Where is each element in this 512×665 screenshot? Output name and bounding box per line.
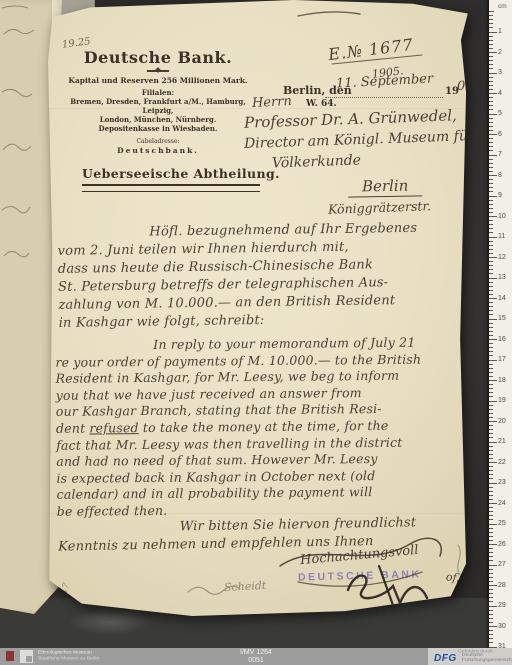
ruler-tick <box>489 503 497 504</box>
ruler-tick <box>489 19 493 20</box>
ruler-tick <box>489 618 493 619</box>
body-paragraph-german: Höfl. bezugnehmend auf Ihr Ergebenesvom … <box>57 219 464 333</box>
object-id: I/MV 1264 <box>216 649 296 657</box>
ruler-number: 20 <box>498 418 510 425</box>
ruler-tick <box>489 249 493 250</box>
ruler-tick <box>489 335 493 336</box>
body-paragraph-english: In reply to your memorandum of July 21re… <box>55 334 469 520</box>
ruler-tick <box>489 155 497 156</box>
ruler-number: 21 <box>498 438 510 445</box>
ruler-tick <box>489 528 493 529</box>
ruler-tick <box>489 524 497 525</box>
ruler-tick <box>489 282 493 283</box>
ruler-tick <box>489 532 493 533</box>
ruler-tick <box>489 89 493 90</box>
ruler-tick <box>489 191 493 192</box>
ruler-tick <box>489 200 493 201</box>
ruler-tick <box>489 360 497 361</box>
recipient-salutation: Herrn <box>252 94 293 111</box>
ruler-number: 24 <box>498 500 510 507</box>
ruler-tick <box>489 228 493 229</box>
ruler-tick <box>489 585 497 586</box>
ruler-tick <box>489 105 493 106</box>
bank-name: Deutsche Bank. <box>56 48 260 67</box>
funder-credit: Gefördert durch DFG Deutsche Forschungsg… <box>428 648 512 665</box>
letter-paper: 19.25 Deutsche Bank. Kapital und Reserve… <box>48 0 472 616</box>
ruler-tick <box>489 347 493 348</box>
ruler-number: 9 <box>498 192 510 199</box>
ruler-number: 30 <box>498 623 510 630</box>
ruler-tick <box>489 466 493 467</box>
ruler-tick <box>489 60 493 61</box>
museum-credit: Ethnologisches Museum Staatliche Museen … <box>38 650 150 662</box>
ruler-tick <box>489 388 493 389</box>
ruler-tick <box>489 474 493 475</box>
ruler-tick <box>489 302 493 303</box>
ruler-number: 18 <box>498 377 510 384</box>
ruler-tick <box>489 245 493 246</box>
ruler-tick <box>489 232 493 233</box>
ruler-tick <box>489 93 497 94</box>
ruler-tick <box>489 581 493 582</box>
ruler-tick <box>489 614 493 615</box>
ruler-tick <box>489 409 493 410</box>
file-number: E.№ 1677 <box>327 35 414 64</box>
ruler-tick <box>489 343 493 344</box>
ruler-tick <box>489 339 497 340</box>
ruler-tick <box>489 495 493 496</box>
ruler-number: 28 <box>498 582 510 589</box>
ruler-tick <box>489 425 493 426</box>
ruler-tick <box>489 355 493 356</box>
postal-district: W. 64. <box>306 99 337 109</box>
letterhead-ornament <box>147 70 169 72</box>
object-identifier: I/MV 1264 0051 <box>216 649 296 665</box>
ruler-tick <box>489 511 493 512</box>
ruler-number: 17 <box>498 356 510 363</box>
ruler-tick <box>489 630 493 631</box>
ruler-tick <box>489 306 493 307</box>
ruler-tick <box>489 109 493 110</box>
funder-name-line1: Deutsche <box>462 653 512 656</box>
ruler-tick <box>489 458 493 459</box>
museum-subtitle: Staatliche Museen zu Berlin <box>38 656 99 659</box>
ruler-tick <box>489 257 497 258</box>
smb-logo-mark <box>6 651 14 661</box>
ruler-tick <box>489 85 493 86</box>
bank-stamp: DEUTSCHE BANK <box>298 568 422 583</box>
capital-line: Kapital und Reserven 256 Millionen Mark. <box>56 76 260 85</box>
ruler-tick <box>489 589 493 590</box>
ruler-tick <box>489 552 493 553</box>
ruler-tick <box>489 265 493 266</box>
ruler-tick <box>489 593 493 594</box>
recipient-street: Königgrätzerstr. <box>328 198 431 217</box>
ruler-tick <box>489 73 497 74</box>
ruler-tick <box>489 569 493 570</box>
ruler-number: 26 <box>498 541 510 548</box>
ruler-tick <box>489 519 493 520</box>
ruler-tick <box>489 622 493 623</box>
ruler-tick <box>489 376 493 377</box>
ruler-tick <box>489 56 493 57</box>
ruler-tick <box>489 261 493 262</box>
ruler-tick <box>489 372 493 373</box>
ruler-tick <box>489 601 493 602</box>
ruler-number: 7 <box>498 151 510 158</box>
ruler-tick <box>489 319 497 320</box>
ruler-number: 29 <box>498 602 510 609</box>
ruler-tick <box>489 146 493 147</box>
ruler-tick <box>489 446 493 447</box>
ruler-tick <box>489 433 493 434</box>
ruler-tick <box>489 204 493 205</box>
ruler-number: 14 <box>498 295 510 302</box>
ruler-tick <box>489 556 493 557</box>
ruler-tick <box>489 175 497 176</box>
document-scan: 19.25 Deutsche Bank. Kapital und Reserve… <box>0 0 512 665</box>
ruler-number: 3 <box>498 69 510 76</box>
ruler-tick <box>489 183 493 184</box>
ruler-number: 12 <box>498 254 510 261</box>
ruler-tick <box>489 597 493 598</box>
dateline-year-handwritten: 05 <box>457 79 474 94</box>
ruler-tick <box>489 196 497 197</box>
ruler-tick <box>489 36 493 37</box>
ruler-number: 11 <box>498 233 510 240</box>
ruler-tick <box>489 97 493 98</box>
ruler-tick <box>489 159 493 160</box>
ruler-number: 1 <box>498 28 510 35</box>
letter-page: 19.25 Deutsche Bank. Kapital und Reserve… <box>48 0 472 616</box>
ruler-tick <box>489 32 497 33</box>
ruler-tick <box>489 298 497 299</box>
ruler-tick <box>489 450 493 451</box>
ruler-tick <box>489 577 493 578</box>
ruler-tick <box>489 507 493 508</box>
ruler-tick <box>489 442 497 443</box>
ruler-tick <box>489 413 493 414</box>
recipient-city: Berlin <box>348 176 423 197</box>
ruler-tick <box>489 294 493 295</box>
cable-address-label: Cabeladresse: <box>56 138 260 145</box>
recipient-title-line2: Völkerkunde <box>272 152 361 171</box>
ruler-tick <box>489 499 493 500</box>
ruler-tick <box>489 208 493 209</box>
ruler-number: 15 <box>498 315 510 322</box>
branches-line: Bremen, Dresden, Frankfurt a/M., Hamburg… <box>56 97 260 115</box>
ruler-tick <box>489 216 497 217</box>
ruler-tick <box>489 167 493 168</box>
ruler-tick <box>489 142 493 143</box>
department-rule <box>82 184 260 192</box>
pencil-number: 47 <box>59 582 72 596</box>
ink-mark: of. <box>445 570 460 584</box>
dfg-logo: DFG <box>434 653 457 664</box>
ruler-tick <box>489 364 493 365</box>
ruler-tick <box>489 327 493 328</box>
ruler-tick <box>489 138 493 139</box>
ruler-tick <box>489 540 493 541</box>
ruler-tick <box>489 77 493 78</box>
ruler-tick <box>489 286 493 287</box>
ruler-tick <box>489 421 497 422</box>
ruler-tick <box>489 212 493 213</box>
ruler-tick <box>489 23 493 24</box>
ruler-tick <box>489 638 493 639</box>
ruler-tick <box>489 114 497 115</box>
ruler-tick <box>489 241 493 242</box>
ruler-number: 19 <box>498 397 510 404</box>
ruler-tick <box>489 487 493 488</box>
ruler-tick <box>489 126 493 127</box>
ruler-tick <box>489 187 493 188</box>
archive-footer: Ethnologisches Museum Staatliche Museen … <box>0 648 512 665</box>
recipient-name: Professor Dr. A. Grünwedel, <box>244 106 457 131</box>
ruler-tick <box>489 626 497 627</box>
ruler-tick <box>489 269 493 270</box>
deposit-line: Depositenkasse in Wiesbaden. <box>56 124 260 133</box>
ruler-tick <box>489 118 493 119</box>
ruler-tick <box>489 68 493 69</box>
funder-name: Deutsche Forschungsgemeinschaft <box>462 653 512 663</box>
ruler-tick <box>489 392 493 393</box>
ruler-tick <box>489 278 497 279</box>
ruler-number: 10 <box>498 213 510 220</box>
ruler-tick <box>489 573 493 574</box>
ruler-tick <box>489 179 493 180</box>
ruler-tick <box>489 224 493 225</box>
ruler-tick <box>489 290 493 291</box>
ruler: cm 1234567891011121314151617181920212223… <box>489 0 512 648</box>
ruler-tick <box>489 384 493 385</box>
ruler-tick <box>489 314 493 315</box>
ruler-tick <box>489 462 497 463</box>
ruler-tick <box>489 491 493 492</box>
ruler-tick <box>489 15 493 16</box>
ruler-tick <box>489 134 497 135</box>
ruler-number: 23 <box>498 479 510 486</box>
ruler-tick <box>489 454 493 455</box>
ruler-tick <box>489 642 493 643</box>
ruler-tick <box>489 634 493 635</box>
ruler-tick <box>489 81 493 82</box>
ruler-tick <box>489 11 494 12</box>
branches-line: London, München, Nürnberg. <box>56 115 260 124</box>
ruler-tick <box>489 560 493 561</box>
ruler-tick <box>489 606 497 607</box>
ruler-tick <box>489 40 493 41</box>
ruler-number: 27 <box>498 561 510 568</box>
ruler-tick <box>489 610 493 611</box>
page-number: 0051 <box>216 657 296 665</box>
department-title: Ueberseeische Abtheilung. <box>82 166 280 181</box>
ruler-tick <box>489 101 493 102</box>
ruler-tick <box>489 429 493 430</box>
ruler-tick <box>489 417 493 418</box>
ruler-tick <box>489 396 493 397</box>
ruler-tick <box>489 163 493 164</box>
ruler-tick <box>489 273 493 274</box>
ruler-tick <box>489 470 493 471</box>
ruler-tick <box>489 515 493 516</box>
ruler-number: 16 <box>498 336 510 343</box>
ruler-tick <box>489 544 497 545</box>
ruler-tick <box>489 44 493 45</box>
ruler-tick <box>489 253 493 254</box>
ruler-tick <box>489 27 493 28</box>
funder-name-line2: Forschungsgemeinschaft <box>462 658 512 661</box>
cable-address: Deutschbank. <box>56 146 260 155</box>
branches-label: Filialen: <box>56 88 260 97</box>
ruler-number: 2 <box>498 49 510 56</box>
ruler-tick <box>489 237 497 238</box>
ruler-tick <box>489 351 493 352</box>
museum-name: Ethnologisches Museum <box>38 650 99 653</box>
ruler-number: 6 <box>498 131 510 138</box>
museum-logo <box>20 650 33 663</box>
ruler-tick <box>489 171 493 172</box>
ruler-tick <box>489 310 493 311</box>
ruler-number: 4 <box>498 90 510 97</box>
ruler-tick <box>489 483 497 484</box>
ruler-unit-label: cm <box>498 3 507 10</box>
recipient-title-line1: Director am Königl. Museum für <box>244 128 475 152</box>
ruler-tick <box>489 122 493 123</box>
ruler-tick <box>489 52 497 53</box>
ruler-tick <box>489 331 493 332</box>
ruler-tick <box>489 565 497 566</box>
ruler-number: 25 <box>498 520 510 527</box>
ruler-number: 13 <box>498 274 510 281</box>
letterhead: Deutsche Bank. Kapital und Reserven 256 … <box>56 48 260 155</box>
ruler-tick <box>489 130 493 131</box>
ruler-tick <box>489 405 493 406</box>
ruler-tick <box>489 48 493 49</box>
ruler-tick <box>489 323 493 324</box>
ruler-number: 22 <box>498 459 510 466</box>
ruler-tick <box>489 478 493 479</box>
ruler-tick <box>489 437 493 438</box>
ruler-number: 8 <box>498 172 510 179</box>
ruler-tick <box>489 368 493 369</box>
ruler-tick <box>489 150 493 151</box>
ruler-tick <box>489 548 493 549</box>
pencil-signature-name: Scheidt <box>224 579 267 594</box>
ruler-tick <box>489 401 497 402</box>
ruler-tick <box>489 536 493 537</box>
ruler-tick <box>489 380 497 381</box>
ruler-number: 5 <box>498 110 510 117</box>
ruler-tick <box>489 220 493 221</box>
ruler-tick <box>489 64 493 65</box>
